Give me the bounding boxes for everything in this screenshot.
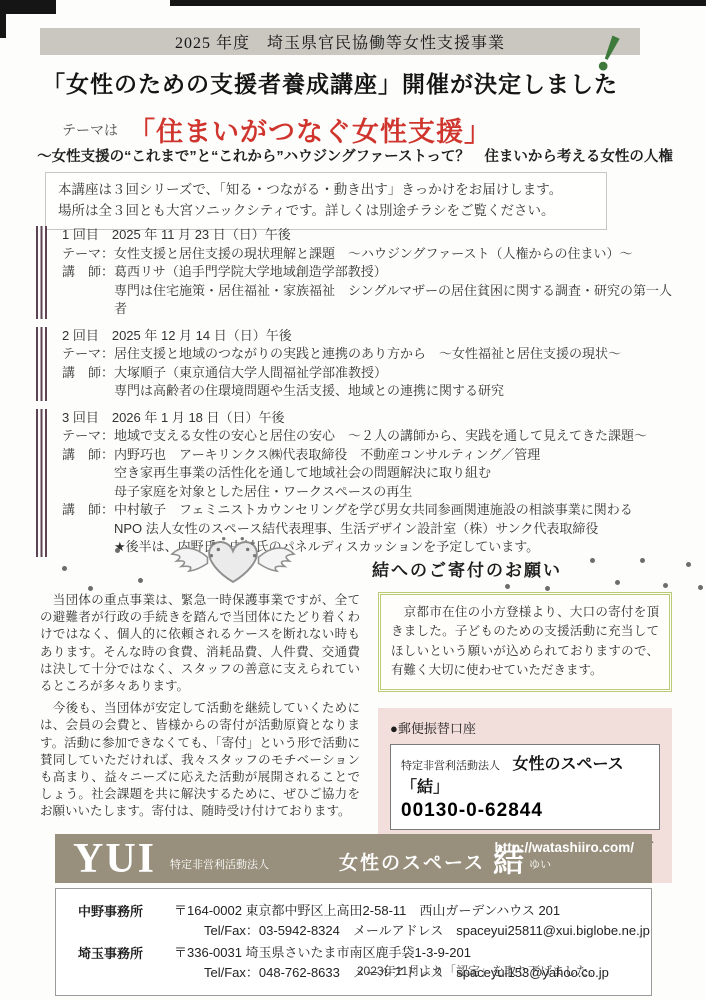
dot-decoration — [545, 586, 550, 591]
winged-heart-icon — [148, 534, 318, 592]
donor-notice-box: 京都市在住の小方登様より、大口の寄付を頂きました。子どものための支援活動に充当し… — [378, 592, 672, 692]
dot-decoration — [62, 566, 67, 571]
intro-box: 本講座は３回シリーズで、「知る・つながる・動き出す」きっかけをお届けします。 場… — [45, 172, 607, 230]
session-1-theme: テーマ：女性支援と居住支援の現状理解と課題 ～ハウジングファースト（人権からの住… — [62, 245, 684, 264]
program-banner-text: 2025 年度 埼玉県官民協働等女性支援事業 — [175, 30, 505, 53]
session-3-lecturer-1-profile: 空き家再生事業の活性化を通して地域社会の問題解決に取り組む — [62, 464, 647, 483]
session-3-lecturer-1-profile2: 母子家庭を対象とした居住・ワークスペースの再生 — [62, 483, 647, 502]
session-3-date: 3 回目 2026 年 1 月 18 日（日）午後 — [62, 409, 647, 428]
session-1-date: 1 回目 2025 年 11 月 23 日（日）午後 — [62, 226, 684, 245]
intro-line-2: 場所は全３回とも大宮ソニックシティです。詳しくは別途チラシをご覧ください。 — [58, 201, 594, 222]
donation-paragraph-1: 当団体の重点事業は、緊急一時保護事業ですが、全ての避難者が行政の手続きを踏んで当… — [40, 592, 360, 695]
session-stripe-decoration — [36, 226, 47, 319]
account-number: 00130-0-62844 — [401, 800, 649, 822]
website-url: http://watashiiro.com/ — [494, 840, 634, 855]
session-1-details: 1 回目 2025 年 11 月 23 日（日）午後 テーマ：女性支援と居住支援… — [62, 226, 684, 319]
dot-decoration — [698, 585, 703, 590]
postal-account-label: ●郵便振替口座 — [390, 718, 660, 737]
scan-artifact-top — [170, 0, 706, 6]
session-1-lecturer-profile: 専門は住宅施策・居住福祉・家族福祉 シングルマザーの居住貧困に関する調査・研究の… — [62, 282, 684, 319]
office-contact: Tel/Fax：03-5942-8324 メールアドレス spaceyui258… — [174, 921, 650, 941]
session-1: 1 回目 2025 年 11 月 23 日（日）午後 テーマ：女性支援と居住支援… — [36, 226, 684, 319]
scan-artifact-left — [0, 0, 6, 38]
dot-decoration — [663, 583, 668, 588]
session-3-lecturer-1: 講 師：内野巧也 アーキリンクス㈱代表取締役 不動産コンサルティング／管理 — [62, 446, 647, 465]
theme-row: テーマは 「住まいがつなぐ女性支援」 — [62, 110, 492, 149]
session-2: 2 回目 2025 年 12 月 14 日（日）午後 テーマ：居住支援と地域のつ… — [36, 327, 684, 401]
org-name-label: 女性のスペース — [339, 848, 485, 875]
program-banner: 2025 年度 埼玉県官民協働等女性支援事業 — [40, 28, 640, 55]
session-2-lecturer-profile: 専門は高齢者の住環境問題や生活支援、地域との連携に関する研究 — [62, 382, 621, 401]
session-2-details: 2 回目 2025 年 12 月 14 日（日）午後 テーマ：居住支援と地域のつ… — [62, 327, 621, 401]
office-address-box: 中野事務所 〒164-0002 東京都中野区上高田2-58-11 西山ガーデンハ… — [55, 888, 652, 996]
page-title: 「女性のための支援者養成講座」開催が決定しました — [20, 66, 640, 99]
dot-decoration — [590, 558, 595, 563]
dot-decoration — [640, 558, 645, 563]
dot-decoration — [138, 578, 143, 583]
donation-paragraph-2: 今後も、当団体が安定して活動を継続していくためには、会員の会費と、皆様からの寄付… — [40, 700, 360, 820]
account-org-type: 特定非営利活動法人 — [401, 760, 500, 772]
theme-prefix-label: テーマは — [62, 120, 118, 140]
office-address: 〒164-0002 東京都中野区上高田2-58-11 西山ガーデンハウス 201 — [174, 901, 650, 921]
session-list: 1 回目 2025 年 11 月 23 日（日）午後 テーマ：女性支援と居住支援… — [36, 226, 684, 565]
dot-decoration — [505, 584, 510, 589]
yui-logo: YUI — [73, 838, 156, 880]
theme-title: 「住まいがつなぐ女性支援」 — [128, 110, 492, 149]
certification-note: 2023年11月より「認定」を取り下げました。 — [0, 962, 600, 979]
dot-decoration — [88, 586, 93, 591]
flyer-page: 2025 年度 埼玉県官民協働等女性支援事業 「女性のための支援者養成講座」開催… — [0, 0, 706, 1000]
session-stripe-decoration — [36, 327, 47, 401]
intro-line-1: 本講座は３回シリーズで、「知る・つながる・動き出す」きっかけをお届けします。 — [58, 180, 594, 201]
org-type-label: 特定非営利活動法人 — [170, 856, 269, 872]
session-2-theme: テーマ：居住支援と地域のつながりの実践と連携のあり方から ～女性福祉と居住支援の… — [62, 345, 621, 364]
office-name: 中野事務所 — [56, 901, 174, 940]
org-kana-label: ゆい — [529, 856, 551, 872]
session-2-date: 2 回目 2025 年 12 月 14 日（日）午後 — [62, 327, 621, 346]
dot-decoration — [686, 562, 691, 567]
office-row-nakano: 中野事務所 〒164-0002 東京都中野区上高田2-58-11 西山ガーデンハ… — [56, 901, 651, 940]
session-3-theme: テーマ：地域で支える女性の安心と居住の安心 ～２人の講師から、実践を通して見えて… — [62, 427, 647, 446]
office-detail: 〒164-0002 東京都中野区上高田2-58-11 西山ガーデンハウス 201… — [174, 901, 650, 940]
session-2-lecturer: 講 師：大塚順子（東京通信大学人間福祉学部准教授） — [62, 364, 621, 383]
session-1-lecturer: 講 師：葛西リサ（追手門学院大学地域創造学部教授） — [62, 263, 684, 282]
office-address: 〒336-0031 埼玉県さいたま市南区鹿手袋1-3-9-201 — [174, 943, 609, 963]
donation-heading: 結へのご寄付のお願い — [372, 556, 562, 581]
dot-decoration — [615, 580, 620, 585]
donation-heading-row: 結へのご寄付のお願い — [0, 534, 706, 592]
dot-decoration — [115, 548, 120, 553]
scan-artifact-corner — [0, 0, 56, 14]
organization-banner: YUI 特定非営利活動法人 女性のスペース 結 ゆい http://watash… — [55, 834, 652, 883]
postal-account-card: 特定非営利活動法人 女性のスペース「結」 00130-0-62844 — [390, 744, 660, 830]
postal-account-holder: 特定非営利活動法人 女性のスペース「結」 — [401, 751, 649, 797]
session-3-lecturer-2: 講 師：中村敏子 フェミニストカウンセリングを学び男女共同参画関連施設の相談事業… — [62, 501, 647, 520]
